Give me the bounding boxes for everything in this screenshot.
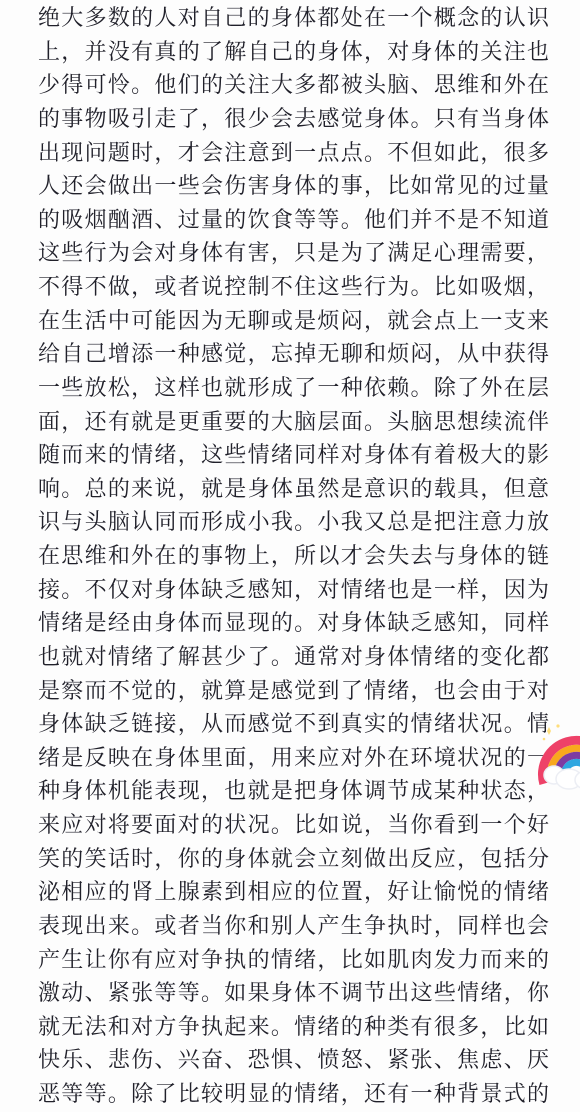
text-line: 面，还有就是更重要的大脑层面。头脑思想续流伴 xyxy=(38,405,549,439)
text-line: 表现出来。或者当你和别人产生争执时，同样也会 xyxy=(38,909,549,943)
text-line: 不得不做，或者说控制不住这些行为。比如吸烟， xyxy=(38,270,549,304)
text-line: 产生让你有应对争执的情绪，比如肌肉发力而来的 xyxy=(38,943,549,977)
text-line: 识与头脑认同而形成小我。小我又总是把注意力放 xyxy=(38,505,549,539)
text-line: 绪是反映在身体里面，用来应对外在环境状况的一 xyxy=(38,741,549,775)
text-line: 就无法和对方争执起来。情绪的种类有很多，比如 xyxy=(38,1010,549,1044)
text-line: 在生活中可能因为无聊或是烦闷，就会点上一支来 xyxy=(38,304,549,338)
text-line: 恶等等。除了比较明显的情绪，还有一种背景式的 xyxy=(38,1077,549,1111)
text-line: 随而来的情绪，这些情绪同样对身体有着极大的影 xyxy=(38,438,549,472)
text-line: 上，并没有真的了解自己的身体，对身体的关注也 xyxy=(38,35,549,69)
reader-page: 绝大多数的人对自己的身体都处在一个概念的认识上，并没有真的了解自己的身体，对身体… xyxy=(0,0,580,1112)
paragraph-text: 绝大多数的人对自己的身体都处在一个概念的认识上，并没有真的了解自己的身体，对身体… xyxy=(38,1,549,1111)
text-line: 少得可怜。他们的关注大多都被头脑、思维和外在 xyxy=(38,68,549,102)
text-line: 一些放松，这样也就形成了一种依赖。除了外在层 xyxy=(38,371,549,405)
text-line: 给自己增添一种感觉，忘掉无聊和烦闷，从中获得 xyxy=(38,337,549,371)
text-line: 是察而不觉的，就算是感觉到了情绪，也会由于对 xyxy=(38,674,549,708)
text-line: 绝大多数的人对自己的身体都处在一个概念的认识 xyxy=(38,1,549,35)
text-line: 激动、紧张等等。如果身体不调节出这些情绪，你 xyxy=(38,976,549,1010)
text-line: 情绪是经由身体而显现的。对身体缺乏感知，同样 xyxy=(38,606,549,640)
text-line: 身体缺乏链接，从而感觉不到真实的情绪状况。情 xyxy=(38,707,549,741)
cloud-shape xyxy=(544,766,580,789)
text-line: 这些行为会对身体有害，只是为了满足心理需要， xyxy=(38,236,549,270)
text-line: 也就对情绪了解甚少了。通常对身体情绪的变化都 xyxy=(38,640,549,674)
text-line: 笑的笑话时，你的身体就会立刻做出反应，包括分 xyxy=(38,842,549,876)
text-line: 泌相应的肾上腺素到相应的位置，好让愉悦的情绪 xyxy=(38,875,549,909)
text-line: 来应对将要面对的状况。比如说，当你看到一个好 xyxy=(38,808,549,842)
text-line: 种身体机能表现，也就是把身体调节成某种状态， xyxy=(38,774,549,808)
text-line: 响。总的来说，就是身体虽然是意识的载具，但意 xyxy=(38,472,549,506)
text-line: 接。不仅对身体缺乏感知，对情绪也是一样，因为 xyxy=(38,573,549,607)
text-line: 的事物吸引走了，很少会去感觉身体。只有当身体 xyxy=(38,102,549,136)
rainbow-icon xyxy=(540,723,580,789)
text-line: 出现问题时，才会注意到一点点。不但如此，很多 xyxy=(38,136,549,170)
sparkle-icon xyxy=(543,724,560,740)
text-line: 人还会做出一些会伤害身体的事，比如常见的过量 xyxy=(38,169,549,203)
text-line: 在思维和外在的事物上，所以才会失去与身体的链 xyxy=(38,539,549,573)
text-line: 快乐、悲伤、兴奋、恐惧、愤怒、紧张、焦虑、厌 xyxy=(38,1043,549,1077)
text-line: 的吸烟酗酒、过量的饮食等等。他们并不是不知道 xyxy=(38,203,549,237)
rainbow-sticker xyxy=(540,723,580,789)
